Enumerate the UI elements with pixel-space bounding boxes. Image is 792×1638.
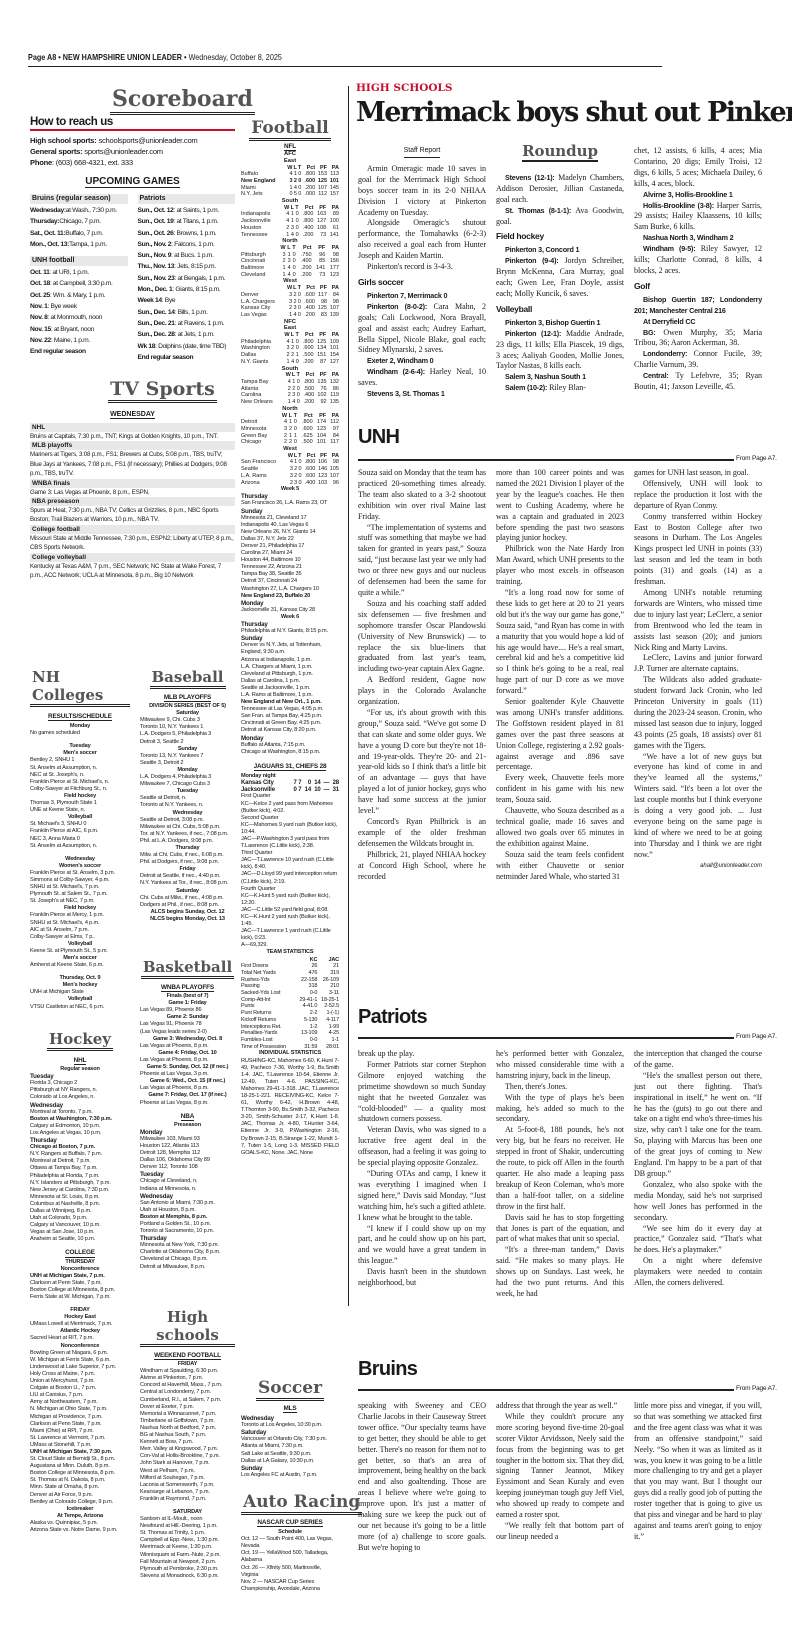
paragraph: “We see him do it every day at practice,…: [634, 1224, 762, 1257]
basketball-section: Basketball WNBA PLAYOFFS Finals (best of…: [140, 958, 235, 1271]
list-item: Los Angeles at Vegas, 10 p.m.: [30, 1130, 130, 1137]
list-item: Nashua North at Bedford, 7 p.m.: [140, 1425, 235, 1432]
quarter-label: First Quarter: [241, 793, 339, 800]
list-item: Lindenwood at Lake Superior, 7 p.m.: [30, 1364, 130, 1371]
schedule-date: Nov. 22: [30, 337, 51, 344]
baseball-section: Baseball MLB PLAYOFFS DIVISION SERIES (B…: [140, 668, 235, 923]
stat-cell: 0: [295, 379, 300, 386]
list-item: Phoenix at Las Vegas, 3 p.m.: [140, 1071, 235, 1078]
paragraph: speaking with Sweeney and CEO Charlie Ja…: [358, 1401, 486, 1554]
linescore-cell: 14: [311, 780, 321, 787]
schedule-opponent: : at Saints, 1 p.m.: [173, 207, 218, 214]
team-name: Cincinnati: [241, 258, 278, 265]
stat-cell: 2: [285, 305, 292, 312]
game-label: Monday night: [241, 773, 339, 780]
general-email[interactable]: sports@unionleader.com: [84, 147, 163, 156]
list-item: Colgate at Boston U., 7 p.m.: [30, 1385, 130, 1392]
team-row: L.A. Rams320.600123107: [241, 473, 339, 480]
team-row: New Orleans140.20092135: [241, 399, 339, 406]
tv-sports-title: TV Sports: [90, 378, 235, 403]
subhead: Volleyball: [496, 304, 624, 315]
end-regular-season: End regular season: [138, 352, 236, 363]
stat-cell: 0: [297, 466, 301, 473]
list-item: L.A. Rams at Baltimore, 1 p.m.: [241, 692, 339, 699]
stat-cell: .800: [299, 211, 314, 218]
sub-heading: Week 6: [241, 614, 339, 621]
list-item: Columbus at Nashville, 8 p.m.: [30, 1201, 130, 1208]
paragraph: Souza said on Monday that the team has p…: [358, 468, 486, 523]
stat-cell: 1: [286, 185, 293, 192]
stat-cell: 1: [286, 252, 291, 259]
list-item: Seattle at Detroit, 3:08 p.m.: [140, 817, 235, 824]
roundup-title: Roundup: [496, 146, 624, 157]
column-header: Pct: [296, 245, 312, 252]
column-header: PF: [312, 245, 326, 252]
day-heading: Thursday: [140, 1235, 235, 1242]
paragraph: he's performed better with Gonzalez, who…: [496, 1049, 624, 1082]
linescore-cell: Kansas City: [241, 780, 292, 787]
column-header: PF: [315, 165, 327, 172]
highlight-line: Boston at Memphis, 8 p.m.: [140, 1214, 235, 1221]
soccer-title: Soccer: [241, 1378, 339, 1401]
team-name: Atlanta: [241, 386, 284, 393]
paragraph: the interception that changed the course…: [634, 1049, 762, 1071]
team-name: Dallas: [241, 352, 282, 359]
stat-cell: 4: [292, 312, 296, 319]
paragraph: break up the play.: [358, 1049, 486, 1060]
stat-cell: 104: [313, 433, 326, 440]
list-item: Denver vs N.Y. Jets, at Tottenham, Engla…: [241, 642, 339, 656]
stat-cell: 151: [314, 352, 327, 359]
list-item: Chicago at Cleveland, n.: [140, 1178, 235, 1185]
stat-cell: 123: [315, 473, 327, 480]
stat-cell: 125: [315, 178, 327, 185]
list-item: Tennessee 22, Arizona 21: [241, 564, 339, 571]
linescore: Kansas City77014—28Jacksonville071410—31: [241, 780, 339, 793]
schedule-date: Sun., Nov. 9: [138, 252, 172, 259]
stat-cell: .200: [301, 185, 315, 192]
schedule-opponent: : Maine, 1 p.m.: [51, 337, 90, 344]
stat-cell: 135: [327, 399, 339, 406]
list-item: Franklin Pierce at AIC, 6 p.m.: [30, 828, 130, 835]
team-name: Houston: [241, 225, 282, 232]
standings-table: WLTPctPFPADenver320.60011784L.A. Charger…: [241, 285, 339, 319]
linescore-cell: 14: [301, 787, 311, 794]
college-hockey-label: COLLEGE: [65, 1249, 95, 1257]
list-item: Toronto 10, N.Y. Yankees 1: [140, 724, 235, 731]
scoring-play: A—69,329.: [241, 942, 339, 949]
list-item: Chi. Cubs at Milw., if nec., 4:08 p.m.: [140, 895, 235, 902]
stat-cell: 157: [327, 191, 339, 198]
stat-cell: 0: [297, 292, 301, 299]
auto-racing-title: Auto Racing: [241, 1492, 339, 1515]
paragraph: Souza said the team feels confident with…: [496, 850, 624, 883]
schedule-opponent: : at Bryant, noon: [51, 326, 94, 333]
stat-cell: .600: [301, 299, 315, 306]
stat-cell: 0: [294, 339, 299, 346]
team-row: Minnesota320.60012397: [241, 426, 339, 433]
page-date: Wednesday, October 8, 2025: [189, 52, 282, 62]
result-paragraph: BG: Owen Murphy, 35; Maria Tribou, 36; A…: [634, 328, 762, 350]
result-score: Alvirne 3, Hollis-Brookline 1: [643, 190, 733, 199]
stat-cell: 3: [280, 426, 288, 433]
schedule-opponent: : at Monmouth, noon: [47, 314, 102, 321]
stat-cell: 145: [327, 185, 339, 192]
day-heading: Monday: [241, 600, 339, 607]
paragraph: Davis said he has to stop forgetting tha…: [496, 1213, 624, 1246]
column-header: T: [297, 453, 301, 460]
schedule-date: Oct. 11: [30, 269, 49, 276]
stat-cell: 141: [312, 265, 326, 272]
bruins-rule: [358, 1389, 734, 1391]
result-heading: Pinkerton 3, Concord 1: [496, 245, 624, 256]
list-item: W. Michigan at Ferris State, 6 p.m.: [30, 1357, 130, 1364]
team-name: Carolina: [241, 392, 284, 399]
sub-heading: Thursday, Oct. 9: [30, 975, 130, 982]
list-item: Dallas at Winnipeg, 8 p.m.: [30, 1208, 130, 1215]
list-item: Seattle 3, Detroit 2: [140, 760, 235, 767]
team-stats-title: TEAM STATISTICS: [241, 949, 339, 956]
unh-col-3: games for UNH last season, in goal.Offen…: [634, 468, 762, 872]
race-item: Oct. 12 — South Point 400, Las Vegas, Ne…: [241, 1536, 339, 1550]
list-item: St. Thomas at N. Dakota, 8 p.m.: [30, 1477, 130, 1484]
paragraph: Among UNH's notable returning forwards a…: [634, 588, 762, 653]
standings-table: WLTPctPFPADetroit410.800174112Minnesota3…: [241, 413, 339, 447]
stat-cell: 318: [296, 983, 318, 990]
patriots-from-page: From Page A7.: [736, 1033, 777, 1040]
sub-heading: Field hockey: [30, 905, 130, 912]
division-label: East: [241, 325, 339, 332]
wnba-playoffs-label: WNBA PLAYOFFS: [161, 984, 214, 992]
team-name: Washington: [241, 345, 282, 352]
list-item: Toronto at Sacramento, 10 p.m.: [140, 1228, 235, 1235]
stat-cell: 1: [285, 312, 292, 319]
column-header: L: [293, 453, 297, 460]
highlight-line: New England at New Orl., 1 p.m.: [241, 699, 339, 706]
stat-cell: 0: [297, 171, 301, 178]
stat-cell: 1-99: [317, 1024, 339, 1031]
stat-cell: 1-(-1): [317, 1010, 339, 1017]
list-item: Ottawa at Tampa Bay, 7 p.m.: [30, 1165, 130, 1172]
paragraph: At 5-foot-8, 188 pounds, he's not very b…: [496, 1125, 624, 1212]
list-item: Florida 3, Chicago 2: [30, 1080, 130, 1087]
list-item: Franklin Pierce at St. Anselm, 3 p.m.: [30, 870, 130, 877]
stat-cell: .200: [296, 272, 312, 279]
list-item: Utah at Colorado, 9 p.m.: [30, 1215, 130, 1222]
paragraph: Former Patriots star corner Stephon Gilm…: [358, 1060, 486, 1125]
paragraph: Then, there's Jones.: [496, 1082, 624, 1093]
division-label: South: [241, 198, 339, 205]
tv-listing: Mariners at Tigers, 3:08 p.m., FS1; Brew…: [30, 450, 235, 478]
list-item: UNH at Michigan State: [30, 989, 130, 996]
schedule-row: Nov. 8: at Monmouth, noon: [30, 312, 128, 323]
stat-cell: 1: [278, 272, 286, 279]
stat-cell: 13-109: [296, 1030, 318, 1037]
list-item: Jacksonville 31, Kansas City 28: [241, 607, 339, 614]
list-item: N.Y. Yankees at Tor., if nec., 8:08 p.m.: [140, 880, 235, 887]
tv-sport-heading: College football: [30, 525, 235, 534]
stat-cell: 0: [297, 473, 301, 480]
result-score: At Derryfield CC: [643, 317, 695, 326]
schedule-heading: UNH football: [30, 256, 128, 266]
reach-title: How to reach us: [30, 116, 235, 131]
stat-cell: 1: [289, 211, 294, 218]
unh-rule: [358, 459, 734, 461]
team-name: Kansas City: [241, 305, 285, 312]
auto-racing-section: Auto Racing NASCAR CUP SERIES Schedule O…: [241, 1492, 339, 1593]
list-item: New Jersey at Carolina, 7:30 p.m.: [30, 1187, 130, 1194]
list-item: BG at Nashua South, 7 p.m.: [140, 1432, 235, 1439]
stat-cell: 177: [325, 265, 339, 272]
column-header: L: [286, 245, 291, 252]
schedule-opponent: : at Jets, 1 p.m.: [175, 331, 215, 338]
stat-cell: 26-109: [317, 977, 339, 984]
schedule-date: Wk 18: [138, 343, 156, 350]
result-heading: Pinkerton 3, Bishop Guertin 1: [496, 318, 624, 329]
stat-cell: 135: [314, 379, 326, 386]
sub-heading: Friday: [140, 866, 235, 873]
paragraph: “It's a long road now for some of these …: [496, 588, 624, 697]
team-record: Stevens (12-1):: [505, 173, 555, 182]
schedule-date: Sun., Dec. 21: [138, 320, 175, 327]
quarter-label: Fourth Quarter: [241, 886, 339, 893]
tv-listing: Bruins at Capitals, 7:30 p.m., TNT; King…: [30, 432, 235, 441]
stat-cell: .000: [301, 191, 315, 198]
sub-heading: Week 5: [241, 486, 339, 493]
article-kicker: HIGH SCHOOLS: [356, 82, 453, 94]
result-heading: Alvirne 3, Hollis-Brookline 1: [634, 190, 762, 201]
stat-cell: 21: [317, 963, 339, 970]
stat-cell: 96: [327, 480, 339, 487]
list-item: Concord at Haverhill, Mass., 7 p.m.: [140, 1382, 235, 1389]
stat-cell: 1: [291, 379, 296, 386]
linescore-cell: 10: [311, 787, 321, 794]
stat-cell: 2: [293, 178, 297, 185]
schedule-opponent: : Jets, 8:15 p.m.: [174, 263, 216, 270]
how-to-reach-us: How to reach us High school sports: scho…: [30, 116, 235, 168]
result-score: Pinkerton 3, Concord 1: [505, 245, 579, 254]
schedule-date: Wednesday:: [30, 207, 66, 214]
day-heading: Thursday: [241, 493, 339, 500]
stat-cell: .200: [296, 265, 312, 272]
stat-cell: 103: [315, 480, 327, 487]
stat-cell: 0: [286, 191, 293, 198]
stat-cell: 4-41.0: [296, 1003, 318, 1010]
list-item: Atlanta at Miami, 7:30 p.m.: [241, 1443, 339, 1450]
team-name: Minnesota: [241, 426, 280, 433]
stat-cell: .400: [296, 258, 312, 265]
tv-listing: Missouri State at Middle Tennessee, 7:30…: [30, 534, 235, 553]
linescore-cell: 28: [329, 780, 339, 787]
team-name: Tampa Bay: [241, 379, 284, 386]
schedule-date: Sun., Oct. 26: [138, 230, 174, 237]
tv-sports: TV Sports WEDNESDAY NHLBruins at Capital…: [30, 378, 235, 580]
team-name: Seattle: [241, 466, 286, 473]
column-header: L: [290, 332, 295, 339]
team-row: Denver320.60011784: [241, 292, 339, 299]
schedule-opponent: at Wash., 7:30 p.m.: [66, 207, 117, 214]
stat-cell: 4: [280, 419, 288, 426]
result-heading: At Derryfield CC: [634, 317, 762, 328]
bruins-col-3: little more piss and vinegar, if you wil…: [634, 1401, 762, 1543]
football-section: Football NFL AFCEastWLTPctPFPABuffalo410…: [241, 118, 339, 1157]
schedule-row: Wednesday:at Wash., 7:30 p.m.: [30, 205, 128, 216]
stat-cell: .400: [300, 392, 314, 399]
byline: Staff Report: [404, 146, 441, 158]
team-row: Baltimore140.200141177: [241, 265, 339, 272]
article-col-1: Staff Report Armin Omeragic made 10 save…: [358, 146, 486, 400]
paragraph: more than 100 career points and was name…: [496, 468, 624, 544]
list-item: Con-Val at Hollis-Brookline, 7 p.m.: [140, 1453, 235, 1460]
stat-cell: 119: [327, 392, 339, 399]
result-detail: Riley Blan-: [549, 383, 586, 392]
sub-heading: Nonconference: [30, 1266, 130, 1273]
paragraph: The Wildcats also added graduate-student…: [634, 675, 762, 751]
stat-cell: 476: [296, 970, 318, 977]
team-row: Buffalo410.800153113: [241, 171, 339, 178]
stat-cell: 4-117: [317, 1017, 339, 1024]
stat-cell: 3: [293, 480, 297, 487]
subhead: Golf: [634, 281, 762, 292]
column-header: T: [295, 372, 300, 379]
college-hockey-schedule: THURSDAYNonconferenceUNH at Michigan Sta…: [30, 1259, 130, 1535]
stat-cell: 98: [325, 252, 339, 259]
weekend-football-label: WEEKEND FOOTBALL: [154, 1352, 221, 1360]
column-header: W: [282, 332, 289, 339]
list-item: LIU at Canisius, 7 p.m.: [30, 1392, 130, 1399]
stat-cell: 3: [285, 292, 292, 299]
sub-heading: FRIDAY: [140, 1361, 235, 1368]
mls-label: MLS: [283, 1405, 296, 1413]
paragraph: “I knew if I could show up on my part, a…: [358, 1224, 486, 1268]
column-header: T: [291, 245, 296, 252]
result-paragraph: Windham (2-6-4): Harley Neal, 10 saves.: [358, 367, 486, 389]
scoring-play: JAC—C.Little 52 yard field goal, 8:08.: [241, 907, 339, 914]
list-item: St. Anselm at Assumption, n.: [30, 843, 130, 850]
column-header: PA: [325, 245, 339, 252]
paragraph: Philbrick won the Nate Hardy Iron Man Aw…: [496, 544, 624, 588]
stat-cell: 0: [291, 272, 296, 279]
stat-cell: .400: [301, 305, 315, 312]
boxscore: Monday nightKansas City77014—28Jacksonvi…: [241, 773, 339, 1157]
sub-heading: THURSDAY: [30, 1259, 130, 1266]
sub-heading: FRIDAY: [30, 1307, 130, 1314]
stat-cell: 0: [292, 439, 297, 446]
stat-cell: 0: [294, 211, 299, 218]
result-score: Pinkerton 7, Merrimack 0: [367, 291, 447, 300]
column-header: PA: [326, 205, 339, 212]
list-item: Franklin Pierce at Mercy, 1 p.m.: [30, 912, 130, 919]
highlight-line: Boston at Washington, 7:30 p.m.: [30, 1116, 130, 1123]
stat-cell: 3: [291, 392, 296, 399]
schedule-row: Sun., Nov. 23: at Bengals, 1 p.m.: [138, 273, 236, 284]
stat-cell: 125: [314, 339, 327, 346]
list-item: SNHU at St. Michael's, 4 p.m.: [30, 920, 130, 927]
paragraph: “He's the smallest person out there, jus…: [634, 1071, 762, 1180]
list-item: No games scheduled: [30, 730, 130, 737]
baseball-title: Baseball: [140, 668, 235, 689]
list-item: Simmons at Colby-Sawyer, 4 p.m.: [30, 877, 130, 884]
scoreboard-title: Scoreboard: [110, 86, 252, 115]
team-name: New Orleans: [241, 399, 284, 406]
list-item: Milwaukee at Chi. Cubs, 5:08 p.m.: [140, 824, 235, 831]
stat-cell: 3: [285, 299, 292, 306]
stat-cell: 2: [280, 439, 288, 446]
standings-table: WLTPctPFPAPhiladelphia410.800125109Washi…: [241, 332, 339, 366]
list-item: Arizona State vs. Notre Dame, 9 p.m.: [30, 1527, 130, 1534]
stat-cell: 112: [326, 419, 339, 426]
result-paragraph: Salem (10-2): Riley Blan-: [496, 383, 624, 394]
team-name: Indianapolis: [241, 211, 282, 218]
scoring-play: KC—Mahomes 9 yard rush (Butker kick), 10…: [241, 822, 339, 836]
hockey-title: Hockey: [30, 1030, 130, 1051]
tv-sport-heading: MLB playoffs: [30, 441, 235, 450]
scoring-play: JAC—T.Lawrence 1 yard rush (C.Little kic…: [241, 928, 339, 942]
list-item: Denver 21, Philadelphia 17: [241, 543, 339, 550]
stat-cell: 61: [326, 225, 339, 232]
list-item: Las Vegas at Phoenix, 8 p.m.: [140, 1057, 235, 1064]
list-item: Colorado at Los Angeles, n.: [30, 1094, 130, 1101]
list-item: Phoenix at Las Vegas, 8 p.m.: [140, 1100, 235, 1107]
list-item: San Antonio at Miami, 7:30 p.m.: [140, 1200, 235, 1207]
result-paragraph: Central: Ty Lefebvre, 35; Ryan Boutin, 4…: [634, 371, 762, 393]
column-header: PA: [326, 413, 339, 420]
paragraph: Veteran Davis, who was signed to a lucra…: [358, 1125, 486, 1169]
list-item: Houston 122, Atlanta 113: [140, 1143, 235, 1150]
schedule-row: Oct. 18: at Campbell, 3:30 p.m.: [30, 278, 128, 289]
sub-heading: Sunday: [140, 746, 235, 753]
team-name: Miami: [241, 185, 286, 192]
page-number: Page A8: [28, 52, 56, 62]
list-item: Dallas at Carolina, 1 p.m.: [241, 678, 339, 685]
stat-cell: 1: [284, 399, 291, 406]
list-item: St. Joseph's at NEC, 7 p.m.: [30, 898, 130, 905]
hs-email[interactable]: schoolsports@unionleader.com: [98, 136, 197, 145]
list-item: Arizona at Indianapolis, 1 p.m.: [241, 657, 339, 664]
schedule-opponent: : at URI, 1 p.m.: [49, 269, 88, 276]
tv-day: WEDNESDAY: [110, 411, 155, 419]
stat-cell: .750: [296, 252, 312, 259]
stat-cell: 2: [292, 299, 296, 306]
paragraph: Every week, Chauvette feels more confide…: [496, 773, 624, 806]
stat-cell: 97: [326, 426, 339, 433]
paragraph: chet, 12 assists, 6 kills, 4 aces; Mia C…: [634, 146, 762, 190]
stat-cell: 146: [315, 466, 327, 473]
column-header: Pct: [300, 372, 314, 379]
stat-cell: 83: [315, 312, 327, 319]
list-item: Phil. at Dodgers, if nec., 9:08 p.m.: [140, 859, 235, 866]
team-name: Denver: [241, 292, 285, 299]
list-item: Dallas 37, N.Y. Jets 22: [241, 536, 339, 543]
list-item: Milwaukee 7, Chicago Cubs 3: [140, 781, 235, 788]
individual-stats-title: INDIVIDUAL STATISTICS: [241, 1050, 339, 1057]
list-item: Utah at Houston, 8 p.m.: [140, 1207, 235, 1214]
team-row: Jacksonville410.800127100: [241, 218, 339, 225]
list-item: Detroit 3, Seattle 2: [140, 739, 235, 746]
day-heading: Tuesday: [30, 1073, 130, 1080]
mlb-playoffs-schedule: DIVISION SERIES (BEST OF 5)SaturdayMilwa…: [140, 703, 235, 923]
sub-heading: Finals (best of 7): [140, 993, 235, 1000]
scoring-play: KC—K.Hunt 2 yard rush (Butker kick), 1:4…: [241, 914, 339, 928]
highlight-line: UNH at Michigan State, 7:30 p.m.: [30, 1449, 130, 1456]
result-paragraph: Stevens (12-1): Madelyn Chambers, Addiso…: [496, 173, 624, 206]
sub-heading: At Tempe, Arizona: [30, 1513, 130, 1520]
stat-cell: 109: [326, 339, 339, 346]
schedule-date: Sun., Dec. 28: [138, 331, 175, 338]
list-item: N.Y. Rangers at Buffalo, 7 p.m.: [30, 1151, 130, 1158]
list-item: Phil. at L.A. Dodgers, 9:08 p.m.: [140, 838, 235, 845]
author-email[interactable]: ahall@unionleader.com: [634, 861, 762, 872]
